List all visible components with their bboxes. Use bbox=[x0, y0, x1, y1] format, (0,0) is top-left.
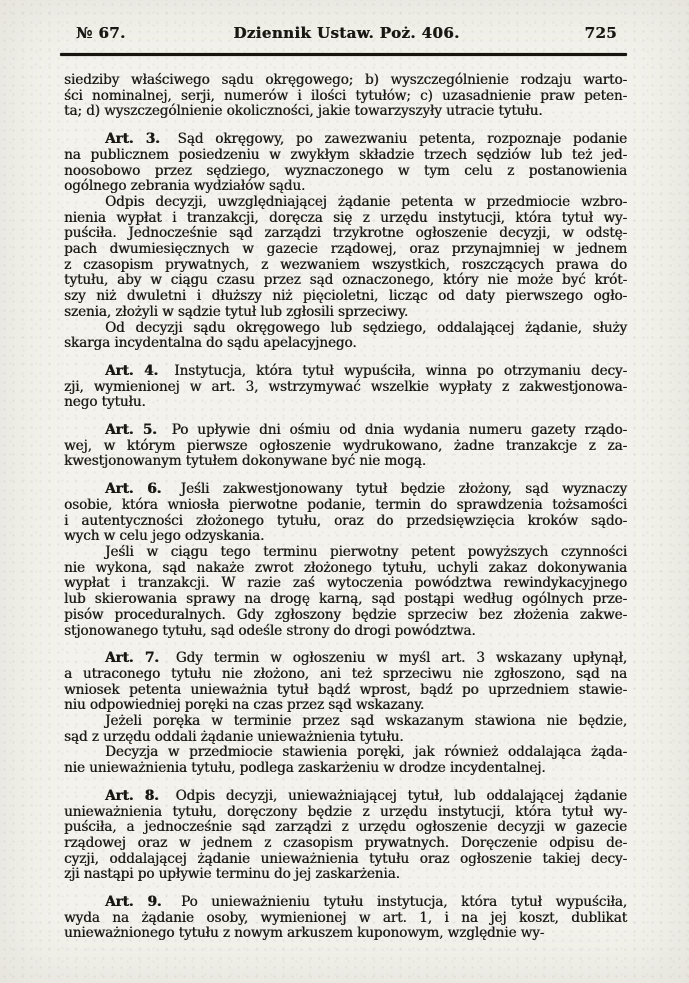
text-line: kwestjonowanym tytułem dokonywane być ni… bbox=[64, 454, 627, 470]
text-line: nienia wypłat i tranzakcji, doręcza się … bbox=[64, 211, 627, 227]
text-line: nie unieważnienia tytułu, podlega zaskar… bbox=[64, 761, 627, 777]
text-line: Art. 8. Odpis decyzji, unieważniającej t… bbox=[64, 789, 627, 805]
article-paragraph: Art. 9. Po unieważnieniu tytułu instytuc… bbox=[64, 895, 627, 942]
text-line: Art. 6. Jeśli zakwestjonowany tytuł będz… bbox=[64, 482, 627, 498]
text-line: noosobowo przez sędziego, wyznaczonego w… bbox=[64, 164, 627, 180]
article-paragraph: Art. 6. Jeśli zakwestjonowany tytuł będz… bbox=[64, 482, 627, 545]
paragraph: siedziby właściwego sądu okręgowego; b) … bbox=[64, 73, 627, 120]
text-line: Art. 7. Gdy termin w ogłoszeniu w myśl a… bbox=[64, 651, 627, 667]
text-line: Art. 9. Po unieważnieniu tytułu instytuc… bbox=[64, 895, 627, 911]
document-body: siedziby właściwego sądu okręgowego; b) … bbox=[64, 73, 627, 942]
issue-number: № 67. bbox=[76, 24, 233, 42]
document-page: № 67. Dziennik Ustaw. Poż. 406. 725 sied… bbox=[0, 0, 689, 983]
text-line: a utraconego tytułu nie złożono, ani też… bbox=[64, 667, 627, 683]
article-number: Art. 6. bbox=[105, 481, 167, 497]
text-line: puściła, a jednocześnie sąd zarządzi z u… bbox=[64, 820, 627, 836]
text-line: puściła. Jednocześnie sąd zarządzi trzyk… bbox=[64, 226, 627, 242]
text-line: szenia, złożyli w sądzie tytuł lub zgłos… bbox=[64, 305, 627, 321]
text-line: skarga incydentalna do sądu apelacyjnego… bbox=[64, 336, 627, 352]
text-line: Od decyzji sądu okręgowego lub sędziego,… bbox=[64, 321, 627, 337]
text-line: tytułu, aby w ciągu czasu przez sąd ozna… bbox=[64, 273, 627, 289]
text-line: Art. 4. Instytucja, która tytuł wypuścił… bbox=[64, 364, 627, 380]
text-line: zji nastąpi po upływie terminu do jej za… bbox=[64, 867, 627, 883]
text-line: wej, w którym pierwsze ogłoszenie wydruk… bbox=[64, 439, 627, 455]
article-number: Art. 3. bbox=[105, 131, 166, 147]
text-line: cyzji, oddalającej żądanie unieważnienia… bbox=[64, 852, 627, 868]
paragraph: Decyzja w przedmiocie stawienia poręki, … bbox=[64, 745, 627, 776]
text-line: lub skierowania sprawy na drogę karną, s… bbox=[64, 592, 627, 608]
article-paragraph: Art. 4. Instytucja, która tytuł wypuścił… bbox=[64, 364, 627, 411]
text-line: Jeżeli poręka w terminie przez sąd wskaz… bbox=[64, 714, 627, 730]
text-line: siedziby właściwego sądu okręgowego; b) … bbox=[64, 73, 627, 89]
text-line: wych w celu jego odzyskania. bbox=[64, 529, 627, 545]
page-header: № 67. Dziennik Ustaw. Poż. 406. 725 bbox=[0, 0, 689, 42]
paragraph: Jeżeli poręka w terminie przez sąd wskaz… bbox=[64, 714, 627, 745]
text-line: i autentyczności złożonego tytułu, oraz … bbox=[64, 514, 627, 530]
text-line: zji, wymienionej w art. 3, wstrzymywać w… bbox=[64, 380, 627, 396]
header-divider bbox=[60, 53, 627, 56]
text-line: unieważnionego tytułu z nowym arkuszem k… bbox=[64, 926, 627, 942]
paragraph: Od decyzji sądu okręgowego lub sędziego,… bbox=[64, 321, 627, 352]
text-line: wyda na żądanie osoby, wymienionej w art… bbox=[64, 911, 627, 927]
paragraph: Odpis decyzji, uwzględniającej żądanie p… bbox=[64, 195, 627, 321]
article-number: Art. 9. bbox=[105, 894, 167, 910]
text-line: na publicznem posiedzeniu w zwykłym skła… bbox=[64, 148, 627, 164]
article-paragraph: Art. 7. Gdy termin w ogłoszeniu w myśl a… bbox=[64, 651, 627, 714]
text-line: nego tytułu. bbox=[64, 395, 627, 411]
article-number: Art. 8. bbox=[105, 788, 165, 804]
text-line: Jeśli w ciągu tego terminu pierwotny pet… bbox=[64, 545, 627, 561]
text-line: szy niż dwuletni i dłuższy niż pięciolet… bbox=[64, 289, 627, 305]
article-number: Art. 7. bbox=[105, 650, 165, 666]
text-line: ta; d) wyszczególnienie okoliczności, ja… bbox=[64, 104, 627, 120]
text-line: stjonowanego tytułu, sąd odeśle strony d… bbox=[64, 624, 627, 640]
text-line: Odpis decyzji, uwzględniającej żądanie p… bbox=[64, 195, 627, 211]
text-line: ści nominalnej, serji, numerów i ilości … bbox=[64, 89, 627, 105]
text-line: z czasopism prywatnych, z wezwaniem wszy… bbox=[64, 258, 627, 274]
text-line: pisów proceduralnych. Gdy zgłoszony będz… bbox=[64, 608, 627, 624]
article-paragraph: Art. 8. Odpis decyzji, unieważniającej t… bbox=[64, 789, 627, 883]
text-line: wniosek petenta unieważnia tytuł bądź wp… bbox=[64, 683, 627, 699]
text-line: Art. 3. Sąd okręgowy, po zawezwaniu pete… bbox=[64, 132, 627, 148]
text-line: pach dwumiesięcznych w gazecie rządowej,… bbox=[64, 242, 627, 258]
text-line: Art. 5. Po upływie dni ośmiu od dnia wyd… bbox=[64, 423, 627, 439]
article-paragraph: Art. 5. Po upływie dni ośmiu od dnia wyd… bbox=[64, 423, 627, 470]
text-line: sąd z urzędu oddali żądanie unieważnieni… bbox=[64, 730, 627, 746]
journal-title: Dziennik Ustaw. Poż. 406. bbox=[233, 24, 459, 42]
article-number: Art. 4. bbox=[105, 363, 164, 379]
article-paragraph: Art. 3. Sąd okręgowy, po zawezwaniu pete… bbox=[64, 132, 627, 195]
text-line: Decyzja w przedmiocie stawienia poręki, … bbox=[64, 745, 627, 761]
text-line: niu odpowiedniej poręki na czas przez są… bbox=[64, 698, 627, 714]
page-number: 725 bbox=[460, 24, 617, 42]
text-line: rządowej oraz w jednem z czasopism prywa… bbox=[64, 836, 627, 852]
text-line: osobie, która wniosła pierwotne podanie,… bbox=[64, 498, 627, 514]
paragraph: Jeśli w ciągu tego terminu pierwotny pet… bbox=[64, 545, 627, 639]
text-line: unieważnienia tytułu, doręczony będzie z… bbox=[64, 805, 627, 821]
text-line: wypłat i tranzakcji. W razie zaś wytocze… bbox=[64, 576, 627, 592]
article-number: Art. 5. bbox=[105, 422, 163, 438]
text-line: nie wykona, sąd nakaże zwrot złożonego t… bbox=[64, 561, 627, 577]
text-line: ogólnego zebrania wydziałów sądu. bbox=[64, 179, 627, 195]
